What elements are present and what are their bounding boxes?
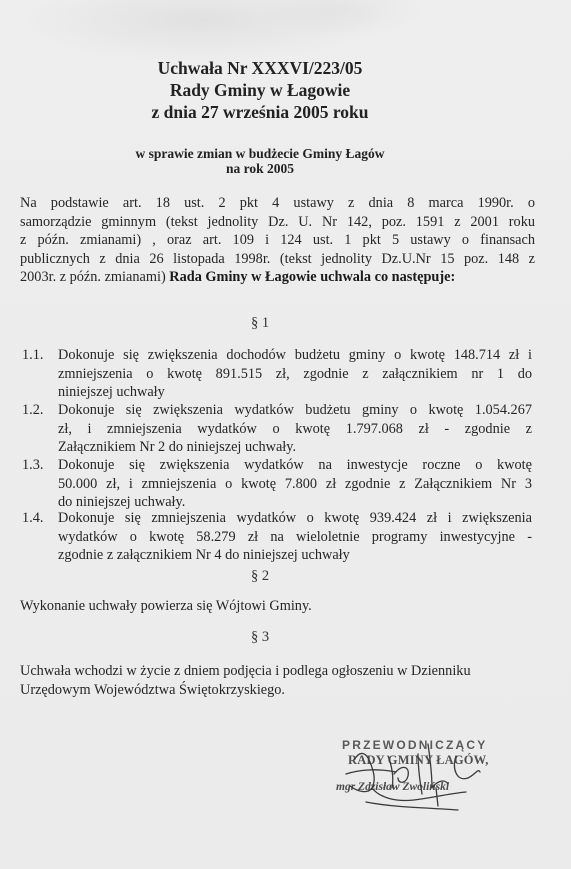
item-text: Dokonuje się zwiększenia dochodów budżet… [58, 346, 532, 402]
item-text: Dokonuje się zmniejszenia wydatków o kwo… [58, 509, 532, 565]
item-line: Dokonuje się zwiększenia dochodów budżet… [58, 346, 532, 365]
item-text: Dokonuje się zwiększenia wydatków budżet… [58, 401, 532, 457]
item-line: wydatków o kwotę 58.279 zł na wieloletni… [58, 528, 532, 547]
chairman-stamp: PRZEWODNICZĄCY RADY GMINY ŁAGÓW, mgr Zdz… [336, 738, 536, 828]
resolution-date: z dnia 27 września 2005 roku [0, 101, 520, 123]
preamble-line: z późn. zmianami) , oraz art. 109 i 124 … [20, 231, 535, 250]
item-line: niniejszej uchwały [58, 383, 532, 402]
resolution-title: Uchwała Nr XXXVI/223/05 [0, 57, 520, 79]
preamble-line: publicznych z dnia 26 listopada 1998r. (… [20, 250, 535, 269]
item-text: Dokonuje się zwiększenia wydatków na inw… [58, 456, 532, 512]
section-mark-3: § 3 [0, 629, 520, 646]
section-3-line: Uchwała wchodzi w życie z dniem podjęcia… [20, 662, 540, 681]
item-number: 1.2. [22, 401, 56, 420]
section-3-text: Uchwała wchodzi w życie z dniem podjęcia… [20, 662, 540, 699]
section-3-line: Urzędowym Województwa Świętokrzyskiego. [20, 681, 540, 700]
section-2-text: Wykonanie uchwały powierza się Wójtowi G… [20, 597, 312, 616]
preamble-line: 2003r. z późn. zmianami) Rada Gminy w Ła… [20, 268, 535, 287]
council-name: Rady Gminy w Łagowie [0, 79, 520, 101]
item-line: 50.000 zł, i zmniejszenia o kwotę 7.800 … [58, 475, 532, 494]
item-line: zgodnie z załącznikiem Nr 4 do niniejsze… [58, 546, 532, 565]
preamble-line: samorządzie gminnym (tekst jednolity Dz.… [20, 213, 535, 232]
item-number: 1.3. [22, 456, 56, 475]
section-mark-1: § 1 [0, 315, 520, 332]
preamble-line: Na podstawie art. 18 ust. 2 pkt 4 ustawy… [20, 194, 535, 213]
item-line: Załącznikiem Nr 2 do niniejszej uchwały. [58, 438, 532, 457]
item-line: Dokonuje się zwiększenia wydatków na inw… [58, 456, 532, 475]
handwritten-signature-icon [336, 738, 536, 818]
preamble-paragraph: Na podstawie art. 18 ust. 2 pkt 4 ustawy… [20, 194, 535, 287]
item-line: zł, i zmniejszenia wydatków o kwotę 1.79… [58, 420, 532, 439]
item-line: Dokonuje się zwiększenia wydatków budżet… [58, 401, 532, 420]
preamble-last-text: 2003r. z późn. zmianami) [20, 269, 169, 285]
item-line: Dokonuje się zmniejszenia wydatków o kwo… [58, 509, 532, 528]
resolution-subject-year: na rok 2005 [0, 160, 520, 177]
preamble-enactment-clause: Rada Gminy w Łagowie uchwala co następuj… [169, 269, 455, 285]
item-number: 1.1. [22, 346, 56, 365]
section-mark-2: § 2 [0, 568, 520, 585]
item-line: zmniejszenia o kwotę 891.515 zł, zgodnie… [58, 365, 532, 384]
item-number: 1.4. [22, 509, 56, 528]
